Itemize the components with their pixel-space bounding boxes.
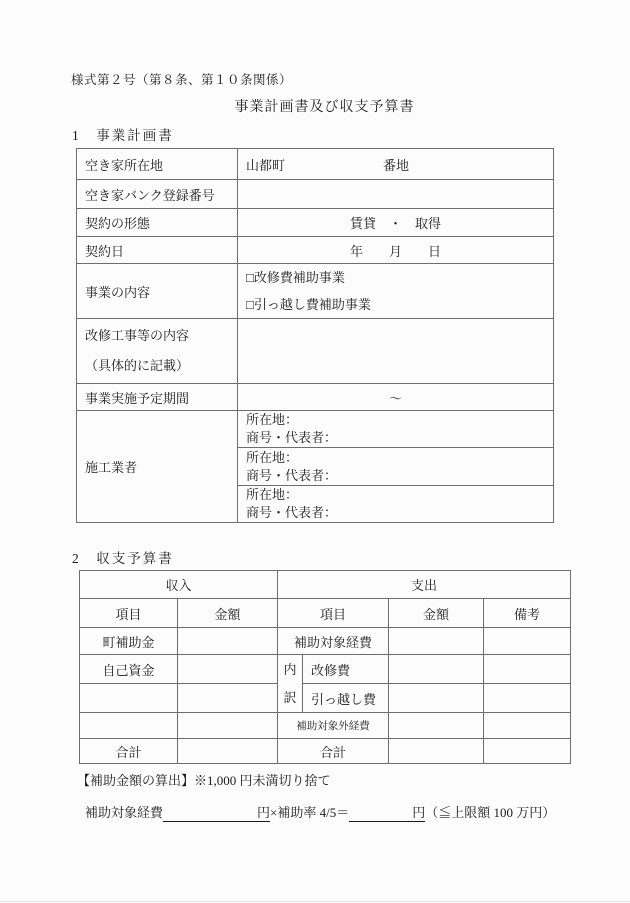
- renovation-detail-label-line2: （具体的に記載）: [85, 351, 237, 381]
- income-total-label: 合計: [80, 739, 178, 764]
- table-row: 補助対象外経費: [80, 713, 571, 739]
- income-item-header: 項目: [80, 599, 178, 628]
- expense-item-non-target: 補助対象外経費: [278, 713, 389, 739]
- table-row: 引っ越し費: [80, 684, 571, 713]
- checkbox-icon: □: [246, 297, 254, 312]
- calc-suffix: （≦上限額 100 万円）: [425, 805, 555, 820]
- note-cell: [484, 684, 571, 713]
- expense-amount-cell: [389, 655, 484, 684]
- row-label-renovation-detail: 改修工事等の内容 （具体的に記載）: [77, 319, 238, 384]
- expense-item-header: 項目: [278, 599, 389, 628]
- contractor-address-label: 所在地：: [246, 411, 553, 429]
- expense-amount-header: 金額: [389, 599, 484, 628]
- expense-total-label: 合計: [278, 739, 389, 764]
- note-header: 備考: [484, 599, 571, 628]
- table-row: 町補助金 補助対象経費: [80, 628, 571, 655]
- business-option-label: 改修費補助事業: [254, 270, 345, 285]
- expense-amount-cell: [389, 628, 484, 655]
- renovation-detail-label-line1: 改修工事等の内容: [85, 321, 237, 351]
- contractor-name-label: 商号・代表者：: [246, 467, 553, 485]
- bank-number-value-cell: [238, 180, 554, 209]
- table-row: 自己資金 内 訳 改修費: [80, 655, 571, 684]
- calc-heading: 【補助金額の算出】※1,000 円未満切り捨て: [77, 770, 331, 789]
- fill-in-blank: [349, 805, 412, 817]
- breakdown-char-top: 内: [278, 656, 302, 684]
- business-plan-table: 空き家所在地 山都町番地 空き家バンク登録番号 契約の形態 賃貸 ・ 取得 契約…: [76, 148, 554, 523]
- contract-type-value-cell: 賃貸 ・ 取得: [238, 209, 554, 237]
- expense-item-renovation-cost: 改修費: [303, 655, 389, 684]
- calc-middle: ×補助率 4/5＝: [270, 805, 349, 820]
- expense-total-amount-cell: [389, 739, 484, 764]
- row-label-bank-number: 空き家バンク登録番号: [77, 180, 238, 209]
- income-amount-cell: [178, 655, 278, 684]
- section2-heading: 2 収支予算書: [72, 547, 174, 567]
- business-option-moving: □引っ越し費補助事業: [246, 291, 553, 318]
- table-row: 事業実施予定期間 ～: [77, 384, 554, 411]
- yen-label: 円: [257, 805, 270, 820]
- business-option-label: 引っ越し費補助事業: [254, 297, 371, 312]
- table-row: 収入 支出: [80, 571, 571, 599]
- income-total-amount-cell: [178, 739, 278, 764]
- income-amount-cell: [178, 628, 278, 655]
- contractor-subrow-1: 所在地： 商号・代表者：: [238, 411, 554, 448]
- checkbox-icon: □: [246, 270, 254, 285]
- income-item-town-subsidy: 町補助金: [80, 628, 178, 655]
- calc-formula: 補助対象経費円×補助率 4/5＝円（≦上限額 100 万円）: [85, 802, 555, 822]
- contract-date-value-cell: 年 月 日: [238, 237, 554, 264]
- yen-label: 円: [412, 805, 425, 820]
- table-row: 改修工事等の内容 （具体的に記載）: [77, 319, 554, 384]
- location-town: 山都町: [246, 158, 285, 173]
- expense-item-subsidy-target: 補助対象経費: [278, 628, 389, 655]
- renovation-detail-value-cell: [238, 319, 554, 384]
- expense-header-cell: 支出: [278, 571, 571, 599]
- row-label-location: 空き家所在地: [77, 149, 238, 180]
- income-item-cell: [80, 684, 178, 713]
- contractor-address-label: 所在地：: [246, 486, 553, 504]
- note-cell: [484, 655, 571, 684]
- location-value-cell: 山都町番地: [238, 149, 554, 180]
- row-label-contractor: 施工業者: [77, 411, 238, 523]
- income-item-cell: [80, 713, 178, 739]
- income-amount-header: 金額: [178, 599, 278, 628]
- budget-table: 収入 支出 項目 金額 項目 金額 備考 町補助金 補助対象経費 自己資金: [79, 570, 571, 764]
- note-cell: [484, 628, 571, 655]
- table-row: 項目 金額 項目 金額 備考: [80, 599, 571, 628]
- business-option-renovation: □改修費補助事業: [246, 264, 553, 291]
- breakdown-label-cell: 内 訳: [278, 655, 303, 713]
- expense-amount-cell: [389, 684, 484, 713]
- table-row: 空き家所在地 山都町番地: [77, 149, 554, 180]
- contractor-subrow-2: 所在地： 商号・代表者：: [238, 448, 554, 486]
- income-header-cell: 収入: [80, 571, 278, 599]
- income-item-self-fund: 自己資金: [80, 655, 178, 684]
- note-cell: [484, 713, 571, 739]
- section1-heading: 1 事業計画書: [72, 124, 174, 144]
- breakdown-char-bottom: 訳: [278, 684, 302, 712]
- fill-in-blank: [163, 805, 257, 817]
- business-content-value-cell: □改修費補助事業 □引っ越し費補助事業: [238, 264, 554, 319]
- document-page: 様式第２号（第８条、第１０条関係） 事業計画書及び収支予算書 1 事業計画書 空…: [0, 0, 630, 903]
- calc-blank-1: 円: [163, 802, 270, 822]
- expense-item-moving-cost: 引っ越し費: [303, 684, 389, 713]
- document-title: 事業計画書及び収支予算書: [79, 96, 570, 116]
- table-row: 施工業者 所在地： 商号・代表者：: [77, 411, 554, 448]
- period-value-cell: ～: [238, 384, 554, 411]
- income-amount-cell: [178, 684, 278, 713]
- table-row: 契約日 年 月 日: [77, 237, 554, 264]
- income-amount-cell: [178, 713, 278, 739]
- note-cell: [484, 739, 571, 764]
- row-label-contract-type: 契約の形態: [77, 209, 238, 237]
- calc-blank-2: 円: [349, 802, 425, 822]
- table-row: 空き家バンク登録番号: [77, 180, 554, 209]
- expense-amount-cell: [389, 713, 484, 739]
- table-row: 契約の形態 賃貸 ・ 取得: [77, 209, 554, 237]
- contractor-subrow-3: 所在地： 商号・代表者：: [238, 486, 554, 523]
- calc-prefix: 補助対象経費: [85, 805, 163, 820]
- row-label-contract-date: 契約日: [77, 237, 238, 264]
- row-label-period: 事業実施予定期間: [77, 384, 238, 411]
- form-number: 様式第２号（第８条、第１０条関係）: [71, 70, 292, 88]
- contractor-address-label: 所在地：: [246, 449, 553, 467]
- contractor-name-label: 商号・代表者：: [246, 504, 553, 522]
- page-bottom-edge: [0, 901, 630, 902]
- table-row: 事業の内容 □改修費補助事業 □引っ越し費補助事業: [77, 264, 554, 319]
- contractor-name-label: 商号・代表者：: [246, 429, 553, 447]
- row-label-business-content: 事業の内容: [77, 264, 238, 319]
- location-banchi: 番地: [383, 158, 409, 173]
- table-row: 合計 合計: [80, 739, 571, 764]
